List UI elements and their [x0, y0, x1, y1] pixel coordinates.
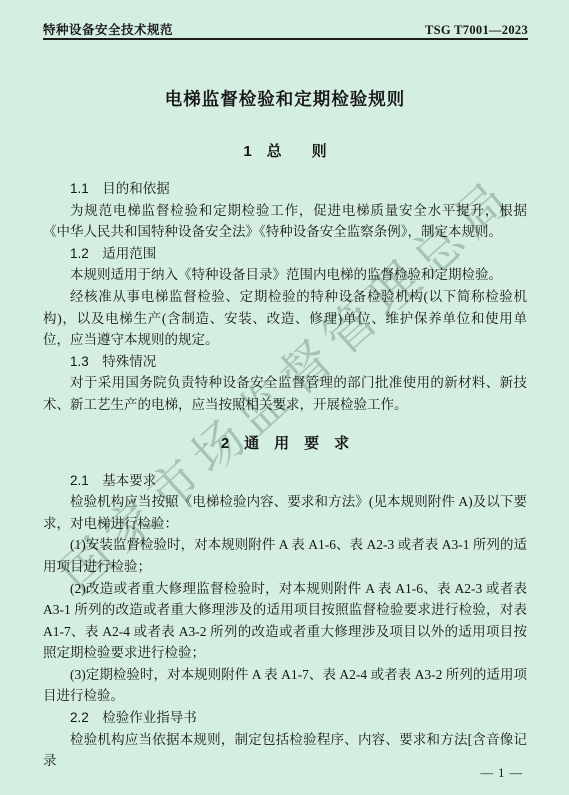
- section-heading: 2.2 检验作业指导书: [43, 707, 527, 729]
- document-body: 电梯监督检验和定期检验规则 1 总 则1.1 目的和依据为规范电梯监督检验和定期…: [43, 40, 527, 772]
- section-heading: 1.3 特殊情况: [43, 351, 527, 373]
- header-standard-category: 特种设备安全技术规范: [43, 20, 173, 38]
- page-header: 特种设备安全技术规范 TSG T7001—2023: [43, 20, 528, 38]
- page-number: — 1 —: [481, 766, 524, 781]
- header-standard-number: TSG T7001—2023: [425, 23, 528, 38]
- section-heading: 2.1 基本要求: [43, 470, 527, 492]
- paragraph: (3)定期检验时，对本规则附件 A 表 A1-7、表 A2-4 或者表 A3-2…: [43, 664, 527, 707]
- paragraph: 检验机构应当依据本规则，制定包括检验程序、内容、要求和方法[含音像记录: [43, 729, 527, 772]
- paragraph: 检验机构应当按照《电梯检验内容、要求和方法》(见本规则附件 A)及以下要求，对电…: [43, 491, 527, 534]
- paragraph: 为规范电梯监督检验和定期检验工作，促进电梯质量安全水平提升，根据《中华人民共和国…: [43, 200, 527, 243]
- document-title: 电梯监督检验和定期检验规则: [43, 86, 527, 112]
- paragraph: 经核准从事电梯监督检验、定期检验的特种设备检验机构(以下简称检验机构)，以及电梯…: [43, 286, 527, 351]
- section-heading: 1.1 目的和依据: [43, 178, 527, 200]
- chapter-heading: 2 通 用 要 求: [43, 432, 527, 456]
- paragraph: (1)安装监督检验时，对本规则附件 A 表 A1-6、表 A2-3 或者表 A3…: [43, 534, 527, 577]
- section-heading: 1.2 适用范围: [43, 243, 527, 265]
- paragraph: 对于采用国务院负责特种设备安全监督管理的部门批准使用的新材料、新技术、新工艺生产…: [43, 372, 527, 415]
- paragraph: (2)改造或者重大修理监督检验时，对本规则附件 A 表 A1-6、表 A2-3 …: [43, 578, 527, 664]
- paragraph: 本规则适用于纳入《特种设备目录》范围内电梯的监督检验和定期检验。: [43, 264, 527, 286]
- chapter-heading: 1 总 则: [43, 140, 527, 164]
- content-blocks: 1 总 则1.1 目的和依据为规范电梯监督检验和定期检验工作，促进电梯质量安全水…: [43, 140, 527, 772]
- document-page: 特种设备安全技术规范 TSG T7001—2023 国家市场监督管理总局 电梯监…: [0, 0, 569, 795]
